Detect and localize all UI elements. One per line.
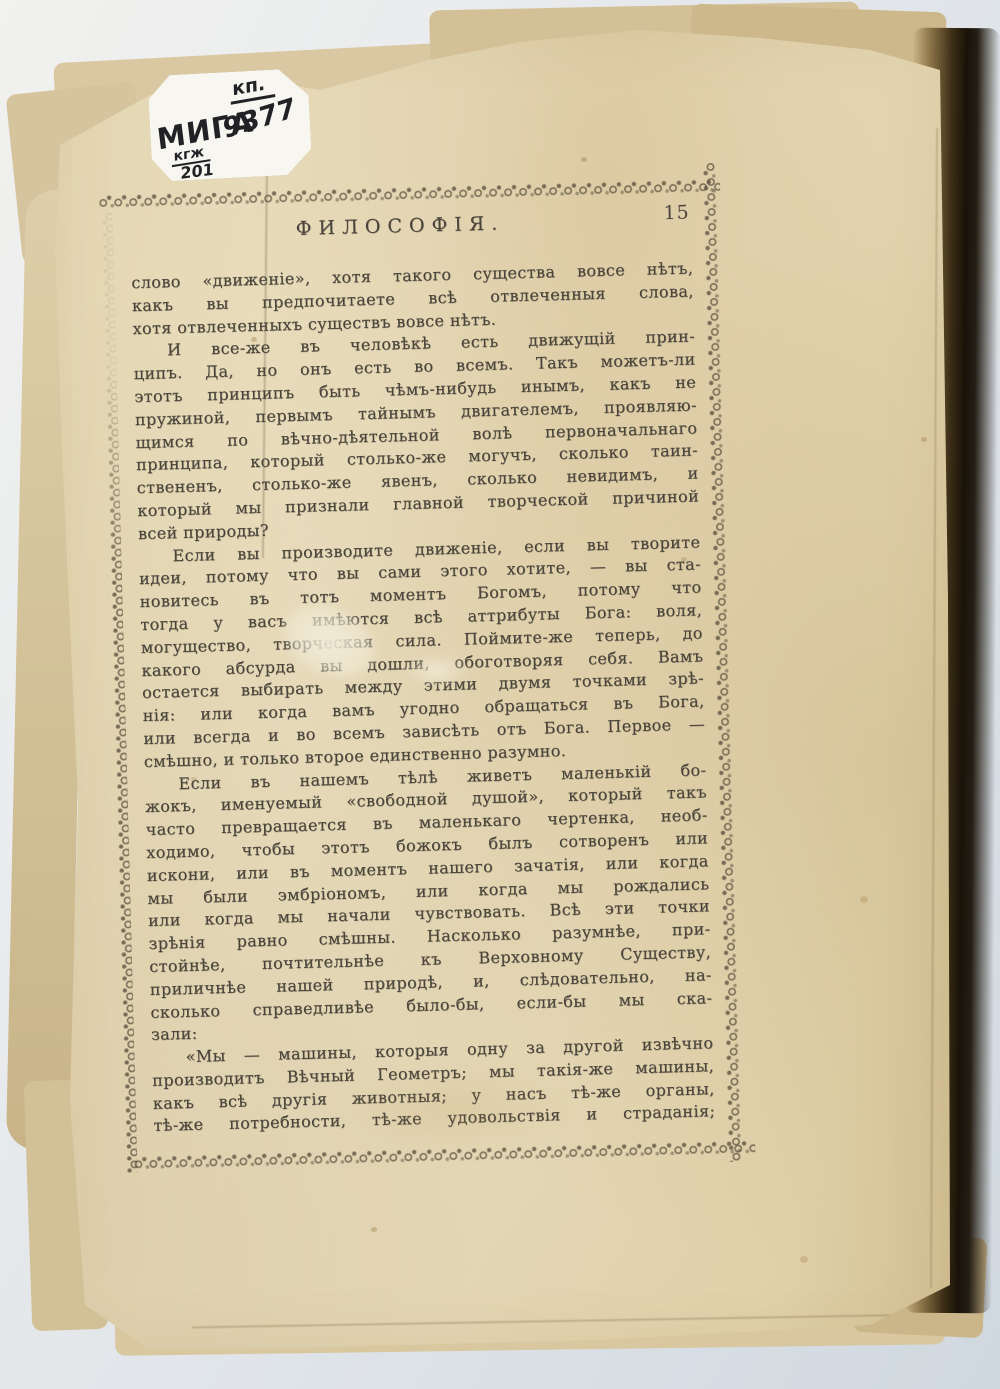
foxing-spots xyxy=(42,18,46,21)
abrasion-damage-spot-small xyxy=(401,651,472,689)
printed-area: ФИЛОСОФІЯ. 15 слово «движеніе», хотя так… xyxy=(99,176,773,1178)
page-crease-bottom xyxy=(192,1314,932,1329)
page-number: 15 xyxy=(663,202,690,225)
paragraph-2: И все-же въ человѣкѣ есть движущій прин-… xyxy=(133,327,700,547)
paper-stain xyxy=(332,1061,574,1157)
inventory-label: МИГА кп. 9377 кгж 201 xyxy=(147,68,312,182)
page-header-title: ФИЛОСОФІЯ. xyxy=(100,207,700,245)
page-crease-right xyxy=(930,128,938,1288)
book-photo: МИГА кп. 9377 кгж 201 ФИЛОСОФІЯ. 15 слов… xyxy=(0,0,1000,1389)
body-text: слово «движеніе», хотя такого существа в… xyxy=(131,258,715,1139)
paragraph-4: Если въ нашемъ тѣлѣ живетъ маленькій бо-… xyxy=(144,760,713,1048)
